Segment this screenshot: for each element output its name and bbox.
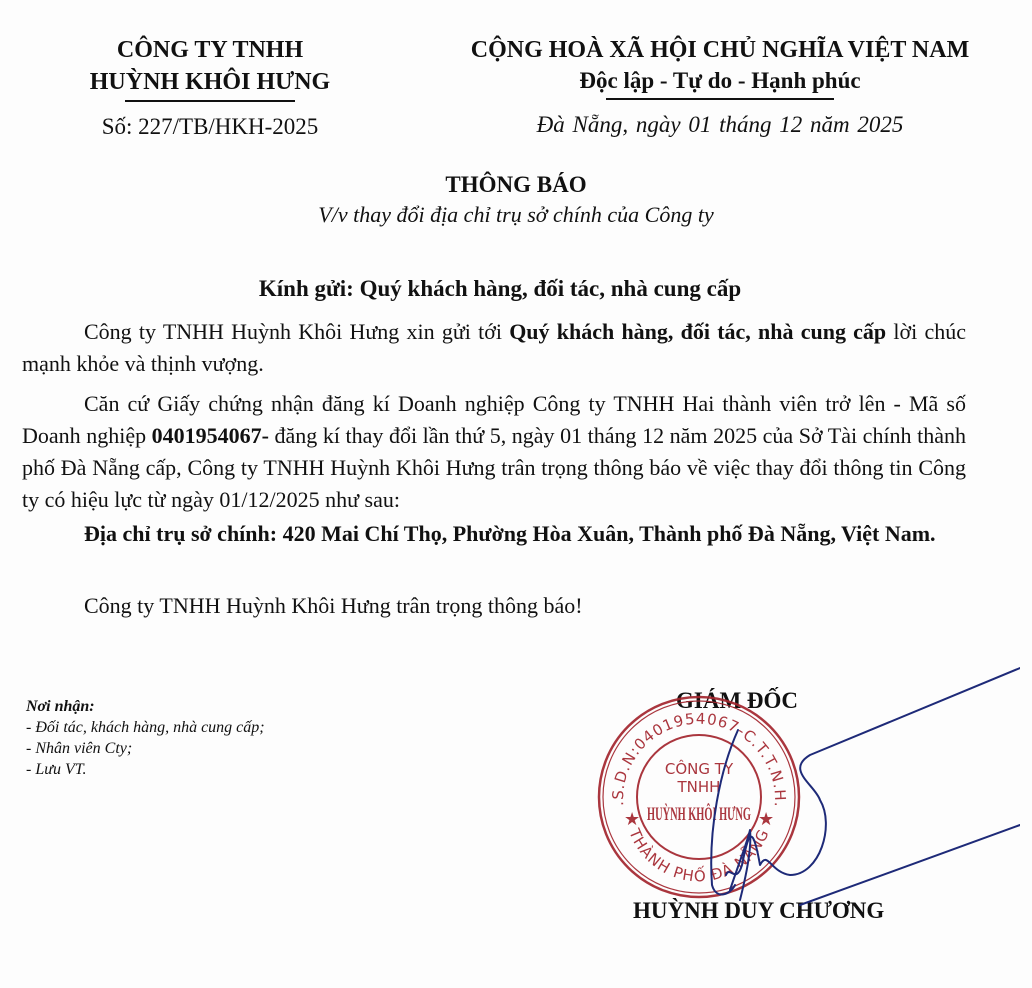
national-header: CỘNG HOÀ XÃ HỘI CHỦ NGHĨA VIỆT NAM Độc l… xyxy=(440,34,1000,140)
closing-paragraph: Công ty TNHH Huỳnh Khôi Hưng trân trọng … xyxy=(22,590,966,622)
document-title: THÔNG BÁO xyxy=(0,170,1032,200)
new-address-paragraph: Địa chỉ trụ sở chính: 420 Mai Chí Thọ, P… xyxy=(22,518,966,550)
national-title: CỘNG HOÀ XÃ HỘI CHỦ NGHĨA VIỆT NAM xyxy=(440,34,1000,66)
document-number: Số: 227/TB/HKH-2025 xyxy=(40,112,380,142)
company-name-line1: CÔNG TY TNHH xyxy=(40,34,380,66)
company-underline xyxy=(125,100,295,102)
handwritten-signature xyxy=(690,660,1020,910)
addressee: Kính gửi: Quý khách hàng, đối tác, nhà c… xyxy=(0,276,1000,302)
company-header: CÔNG TY TNHH HUỲNH KHÔI HƯNG Số: 227/TB/… xyxy=(40,34,380,142)
company-name-line2: HUỲNH KHÔI HƯNG xyxy=(40,66,380,98)
recipient-item: - Lưu VT. xyxy=(26,759,265,780)
basis-paragraph: Căn cứ Giấy chứng nhận đăng kí Doanh ngh… xyxy=(22,388,966,516)
recipient-item: - Đối tác, khách hàng, nhà cung cấp; xyxy=(26,717,265,738)
recipient-item: - Nhân viên Cty; xyxy=(26,738,265,759)
document-subject: V/v thay đổi địa chỉ trụ sở chính của Cô… xyxy=(0,200,1032,230)
document-title-block: THÔNG BÁO V/v thay đổi địa chỉ trụ sở ch… xyxy=(0,170,1032,230)
greeting-paragraph: Công ty TNHH Huỳnh Khôi Hưng xin gửi tới… xyxy=(22,316,966,380)
place-date: Đà Nẵng, ngày 01 tháng 12 năm 2025 xyxy=(440,110,1000,140)
recipients-heading: Nơi nhận: xyxy=(26,696,265,717)
national-motto: Độc lập - Tự do - Hạnh phúc xyxy=(440,66,1000,96)
enterprise-code: 0401954067- xyxy=(152,423,269,448)
stamp-star-left: ★ xyxy=(624,809,640,829)
p1-text: Công ty TNHH Huỳnh Khôi Hưng xin gửi tới xyxy=(84,319,509,344)
recipients-list: Nơi nhận: - Đối tác, khách hàng, nhà cun… xyxy=(26,696,265,780)
motto-underline xyxy=(606,98,834,100)
p1-bold: Quý khách hàng, đối tác, nhà cung cấp xyxy=(509,319,886,344)
